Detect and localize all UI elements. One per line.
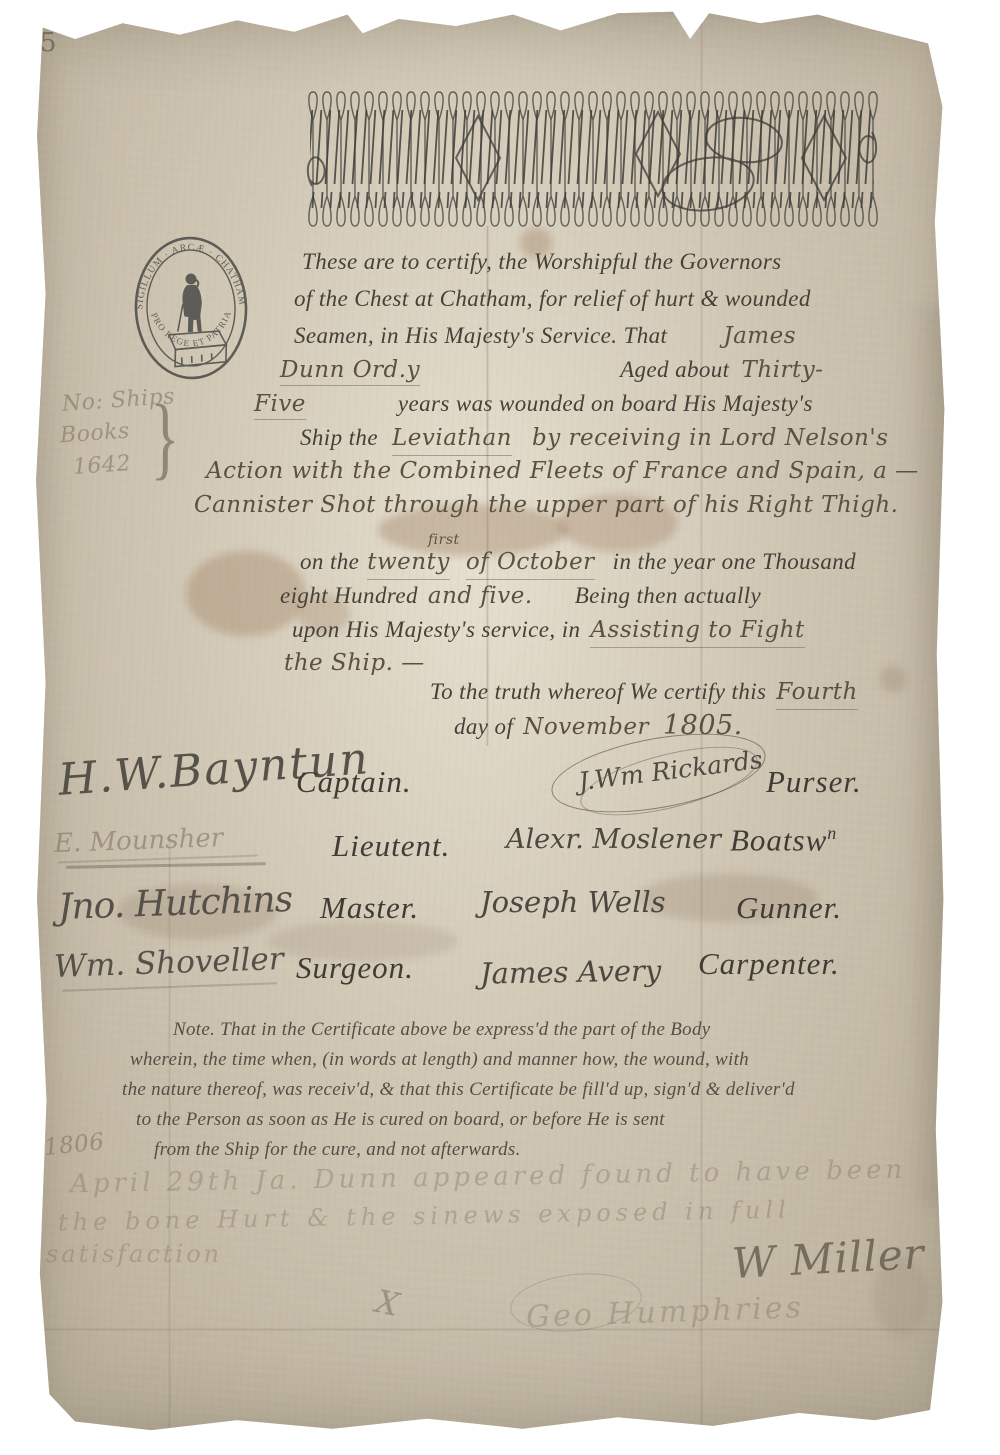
second-signature: Geo Humphries	[526, 1293, 805, 1333]
cert-age-five: Five	[254, 391, 306, 420]
lieutenant-label: Lieutent.	[332, 830, 450, 861]
endorsement-year: 1806	[43, 1129, 106, 1163]
note-line-5: from the Ship for the cure, and not afte…	[154, 1140, 521, 1159]
cert-line-13: To the truth whereof We certify thisFour…	[430, 678, 858, 710]
master-signature: Jno. Hutchins	[57, 882, 292, 926]
bottom-horizontal-crease	[38, 1328, 948, 1331]
cert-age-thirty: Thirty-	[741, 357, 823, 385]
cert-lord-nelsons: by receiving in Lord Nelson's	[532, 425, 889, 453]
cert-aged-about: Aged about	[620, 356, 729, 384]
cert-line-7: Action with the Combined Fleets of Franc…	[206, 458, 919, 486]
cert-line-11: upon His Majesty's service, inAssisting …	[292, 616, 805, 648]
cert-date-first-inserted: first	[428, 532, 460, 549]
surgeon-signature: Wm. Shoveller	[54, 944, 285, 983]
cert-line-3-printed: Seamen, in His Majesty's Service. That	[294, 323, 667, 348]
calligraphic-flourish-band	[306, 88, 878, 230]
boatswain-label-sup: n	[827, 823, 837, 843]
master-row-scribble	[66, 862, 266, 868]
boatswain-signature: Alexr. Moslener	[506, 826, 721, 853]
lieutenant-signature: E. Mounsher	[54, 825, 224, 857]
corner-number: 5	[40, 28, 57, 58]
cert-line-9: on thetwentyfirstof Octoberin the year o…	[300, 548, 856, 580]
document-paper: 5 SIGILLUM · ARCÆ · CHATHAM	[18, 6, 970, 1446]
cert-year-one-thousand: in the year one Thousand	[613, 548, 856, 576]
margin-note-brace: }	[151, 384, 180, 490]
cert-line-3: Seamen, in His Majesty's Service. ThatJa…	[294, 322, 796, 351]
chest-at-chatham-seal: SIGILLUM · ARCÆ · CHATHAM PRO REGE ET PA…	[127, 230, 254, 386]
cert-upon-service: upon His Majesty's service, in	[292, 617, 580, 642]
endorsement-line-2: the bone Hurt & the sinews exposed in fu…	[58, 1196, 791, 1238]
cert-day-fourth: Fourth	[776, 679, 857, 710]
cert-being-then: Being then actually	[575, 582, 761, 610]
carpenter-label: Carpenter.	[698, 948, 840, 979]
master-label: Master.	[320, 892, 419, 923]
note-line-1: Note. That in the Certificate above be e…	[173, 1020, 710, 1039]
surgeon-signature-rule	[62, 982, 277, 992]
purser-label: Purser.	[766, 766, 862, 797]
cert-date-october: of October	[466, 549, 595, 580]
margin-note-line3: 1642	[72, 451, 132, 481]
cert-day-of: day of	[454, 714, 513, 739]
captain-label: Captain.	[296, 766, 412, 797]
boatswain-label: Boatswn	[730, 824, 837, 855]
cert-name-james: James	[723, 323, 796, 351]
cert-line-2: of the Chest at Chatham, for relief of h…	[294, 285, 811, 313]
right-edge-shadow	[906, 306, 952, 1206]
cert-truth-whereof: To the truth whereof We certify this	[430, 679, 766, 704]
cert-line-10: eight Hundredand five.Being then actuall…	[280, 582, 761, 611]
note-line-2: wherein, the time when, (in words at len…	[130, 1050, 749, 1069]
cert-line-12: the Ship. —	[284, 650, 425, 678]
gunner-label: Gunner.	[736, 892, 842, 923]
cert-ship-the: Ship the	[300, 425, 378, 450]
cert-on-the: on the	[300, 549, 359, 574]
endorsement-line-3: satisfaction	[46, 1240, 222, 1269]
cert-ship-leviathan: Leviathan	[392, 425, 512, 456]
cert-month-november: November	[523, 714, 649, 742]
note-line-4: to the Person as soon as He is cured on …	[136, 1110, 665, 1129]
margin-note-line2: Books	[59, 419, 130, 450]
miller-signature: W Miller	[731, 1233, 926, 1285]
cert-assisting-to-fight: Assisting to Fight	[590, 617, 804, 648]
note-line-3: the nature thereof, was receiv'd, & that…	[122, 1080, 795, 1099]
seal-sailor-figure	[176, 273, 203, 332]
cert-line-4: Dunn Ord.yAged aboutThirty-	[280, 356, 824, 385]
cross-mark: X	[372, 1282, 403, 1324]
cert-line-6: Ship theLeviathanby receiving in Lord Ne…	[300, 424, 888, 456]
cert-wounded-on-board: years was wounded on board His Majesty's	[398, 390, 813, 418]
surgeon-label: Surgeon.	[296, 952, 414, 983]
cert-name-dunn: Dunn Ord.y	[280, 357, 420, 386]
cert-eight-hundred: eight Hundred	[280, 583, 418, 608]
cert-line-5: Fiveyears was wounded on board His Majes…	[254, 390, 813, 419]
cert-line-8: Cannister Shot through the upper part of…	[194, 492, 899, 520]
stain-fold-dot	[880, 666, 906, 692]
gunner-signature: Joseph Wells	[480, 888, 666, 917]
endorsement-line-1: April 29th Ja. Dunn appeared found to ha…	[70, 1155, 907, 1201]
boatswain-label-main: Boatsw	[730, 822, 827, 857]
cert-and-five: and five.	[428, 583, 533, 611]
cert-date-twenty: twenty	[367, 549, 450, 580]
carpenter-signature: James Avery	[480, 956, 662, 988]
cert-line-1: These are to certify, the Worshipful the…	[302, 248, 782, 276]
